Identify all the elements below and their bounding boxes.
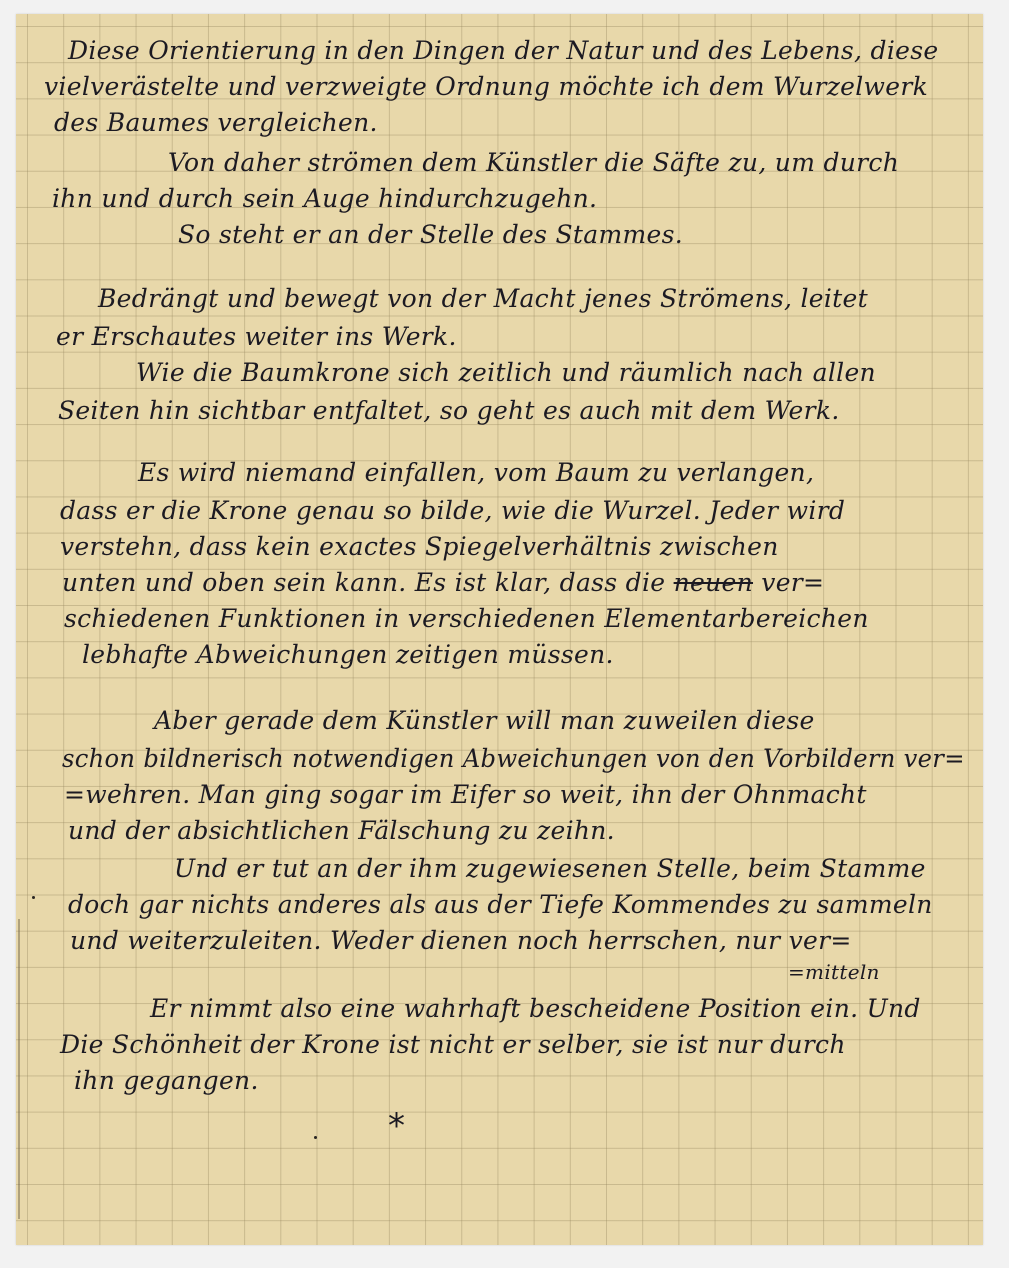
ink-speck — [32, 896, 35, 899]
ink-speck — [314, 1136, 317, 1139]
text-line: lebhafte Abweichungen zeitigen müssen. — [82, 640, 614, 669]
text-line: =wehren. Man ging sogar im Eifer so weit… — [64, 780, 867, 809]
text-line: Diese Orientierung in den Dingen der Nat… — [68, 36, 938, 65]
text-line: und weiterzuleiten. Weder dienen noch he… — [70, 926, 852, 955]
text-line: unten und oben sein kann. Es ist klar, d… — [62, 568, 824, 597]
text-line: So steht er an der Stelle des Stammes. — [178, 220, 683, 249]
text-line: ihn gegangen. — [74, 1066, 259, 1095]
text-line: des Baumes vergleichen. — [54, 108, 378, 137]
text-line: Es wird niemand einfallen, vom Baum zu v… — [138, 458, 814, 487]
text-line: Von daher strömen dem Künstler die Säfte… — [168, 148, 899, 177]
text-line: doch gar nichts anderes als aus der Tief… — [68, 890, 933, 919]
text-line: und der absichtlichen Fälschung zu zeihn… — [68, 816, 615, 845]
margin-line — [18, 919, 20, 1219]
struck-word: neuen — [674, 568, 753, 597]
text-line: Aber gerade dem Künstler will man zuweil… — [154, 706, 815, 735]
text-line: Und er tut an der ihm zugewiesenen Stell… — [174, 854, 926, 883]
text-line: Die Schönheit der Krone ist nicht er sel… — [60, 1030, 846, 1059]
manuscript-page: Diese Orientierung in den Dingen der Nat… — [16, 14, 983, 1245]
text-line: Bedrängt und bewegt von der Macht jenes … — [98, 284, 868, 313]
text-line: schiedenen Funktionen in verschiedenen E… — [64, 604, 869, 633]
text-line: Er nimmt also eine wahrhaft bescheidene … — [150, 994, 921, 1023]
text-line: Wie die Baumkrone sich zeitlich und räum… — [136, 358, 876, 387]
end-asterisk: * — [388, 1106, 405, 1146]
text-line: dass er die Krone genau so bilde, wie di… — [60, 496, 845, 525]
text-segment: unten und oben sein kann. Es ist klar, d… — [62, 568, 665, 597]
text-line: Seiten hin sichtbar entfaltet, so geht e… — [58, 396, 840, 425]
insertion-note: =mitteln — [788, 960, 880, 984]
text-segment: ver= — [761, 568, 824, 597]
text-line: ihn und durch sein Auge hindurchzugehn. — [52, 184, 597, 213]
text-line: vielverästelte und verzweigte Ordnung mö… — [44, 72, 928, 101]
text-line: er Erschautes weiter ins Werk. — [56, 322, 457, 351]
text-line: schon bildnerisch notwendigen Abweichung… — [62, 744, 965, 773]
text-line: verstehn, dass kein exactes Spiegelverhä… — [60, 532, 779, 561]
